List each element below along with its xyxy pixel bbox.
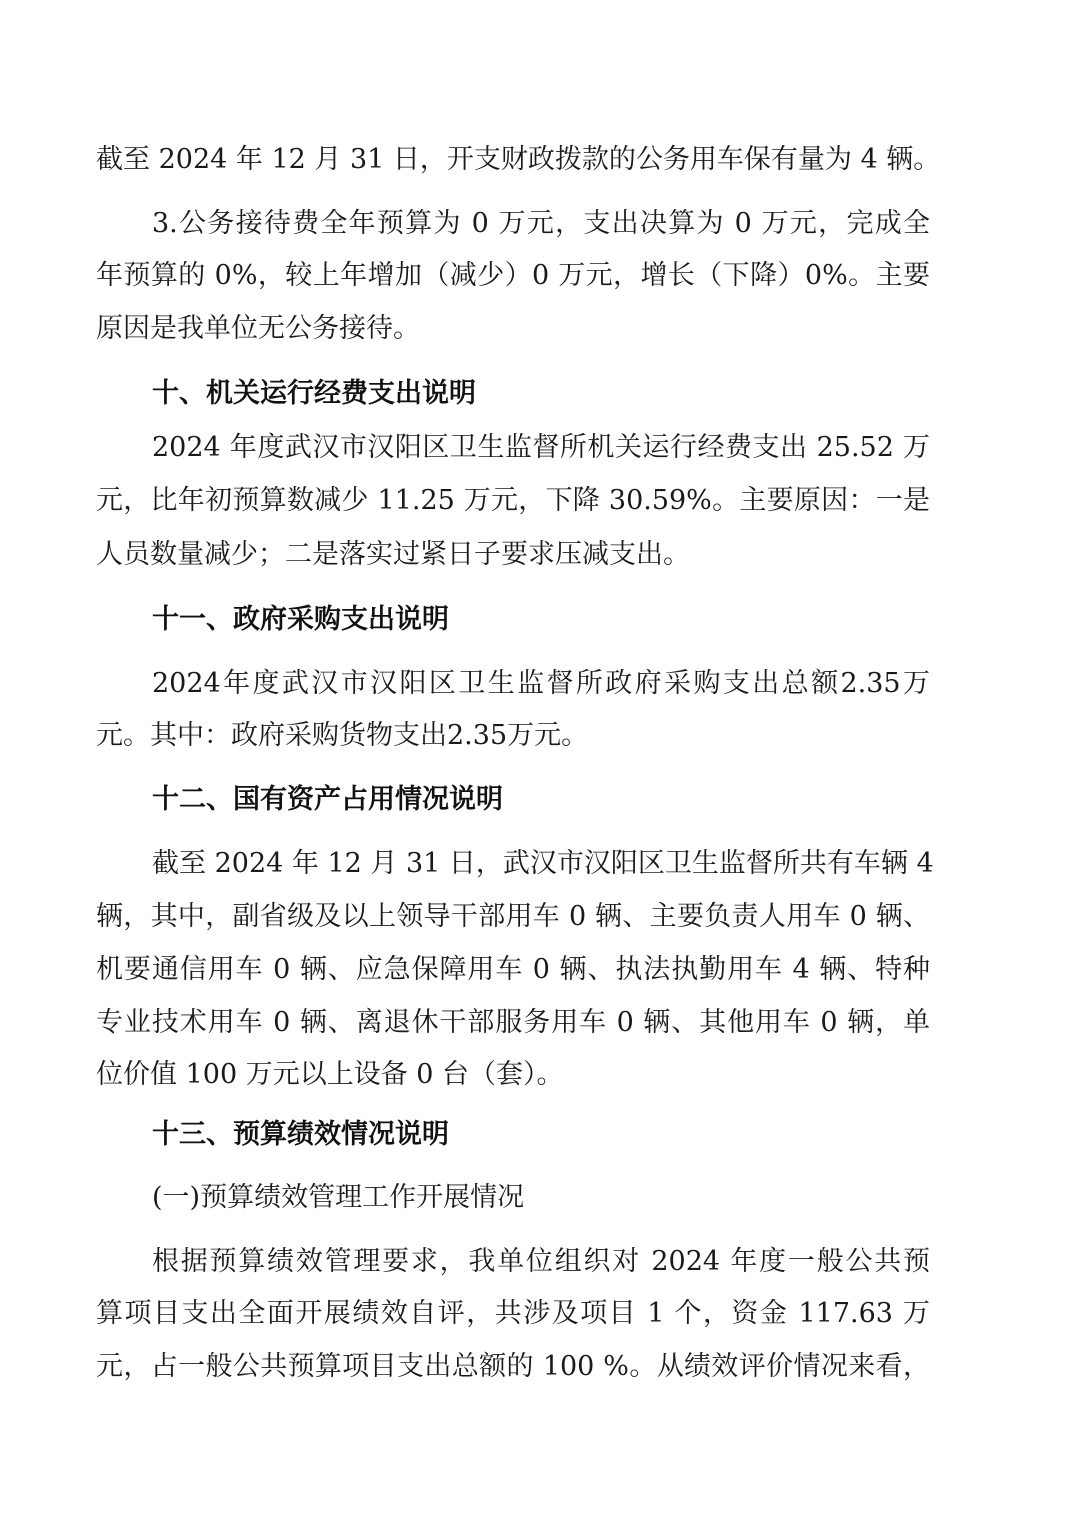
- paragraph-line: 算项目支出全面开展绩效自评，共涉及项目 1 个，资金 117.63 万: [96, 1296, 930, 1332]
- paragraph-line: 3.公务接待费全年预算为 0 万元，支出决算为 0 万元，完成全: [152, 206, 930, 242]
- paragraph-line: 人员数量减少；二是落实过紧日子要求压减支出。: [96, 537, 930, 573]
- section-heading-13: 十三、预算绩效情况说明: [152, 1117, 449, 1153]
- paragraph-line: 2024 年度武汉市汉阳区卫生监督所机关运行经费支出 25.52 万: [152, 430, 930, 466]
- subsection-heading: (一)预算绩效管理工作开展情况: [152, 1180, 524, 1216]
- section-heading-10: 十、机关运行经费支出说明: [152, 376, 476, 412]
- paragraph-line: 年预算的 0%，较上年增加（减少）0 万元，增长（下降）0%。主要: [96, 258, 930, 294]
- section-heading-11: 十一、政府采购支出说明: [152, 602, 449, 638]
- paragraph-line: 元，占一般公共预算项目支出总额的 100 %。从绩效评价情况来看，: [96, 1349, 930, 1385]
- paragraph-line: 根据预算绩效管理要求，我单位组织对 2024 年度一般公共预: [152, 1244, 930, 1280]
- paragraph-line: 截至 2024 年 12 月 31 日，武汉市汉阳区卫生监督所共有车辆 4: [152, 846, 930, 882]
- paragraph-line: 2024年度武汉市汉阳区卫生监督所政府采购支出总额2.35万: [152, 666, 930, 702]
- paragraph-line: 专业技术用车 0 辆、离退休干部服务用车 0 辆、其他用车 0 辆，单: [96, 1005, 930, 1041]
- paragraph-line: 位价值 100 万元以上设备 0 台（套）。: [96, 1057, 930, 1093]
- paragraph-line: 原因是我单位无公务接待。: [96, 311, 930, 347]
- paragraph-line: 机要通信用车 0 辆、应急保障用车 0 辆、执法执勤用车 4 辆、特种: [96, 952, 930, 988]
- document-page: 截至 2024 年 12 月 31 日，开支财政拨款的公务用车保有量为 4 辆。…: [0, 0, 1069, 1514]
- paragraph-line: 元。其中：政府采购货物支出2.35万元。: [96, 718, 930, 754]
- paragraph-line: 截至 2024 年 12 月 31 日，开支财政拨款的公务用车保有量为 4 辆。: [96, 142, 930, 178]
- section-heading-12: 十二、国有资产占用情况说明: [152, 782, 503, 818]
- paragraph-line: 辆，其中，副省级及以上领导干部用车 0 辆、主要负责人用车 0 辆、: [96, 899, 930, 935]
- paragraph-line: 元，比年初预算数减少 11.25 万元，下降 30.59%。主要原因：一是: [96, 483, 930, 519]
